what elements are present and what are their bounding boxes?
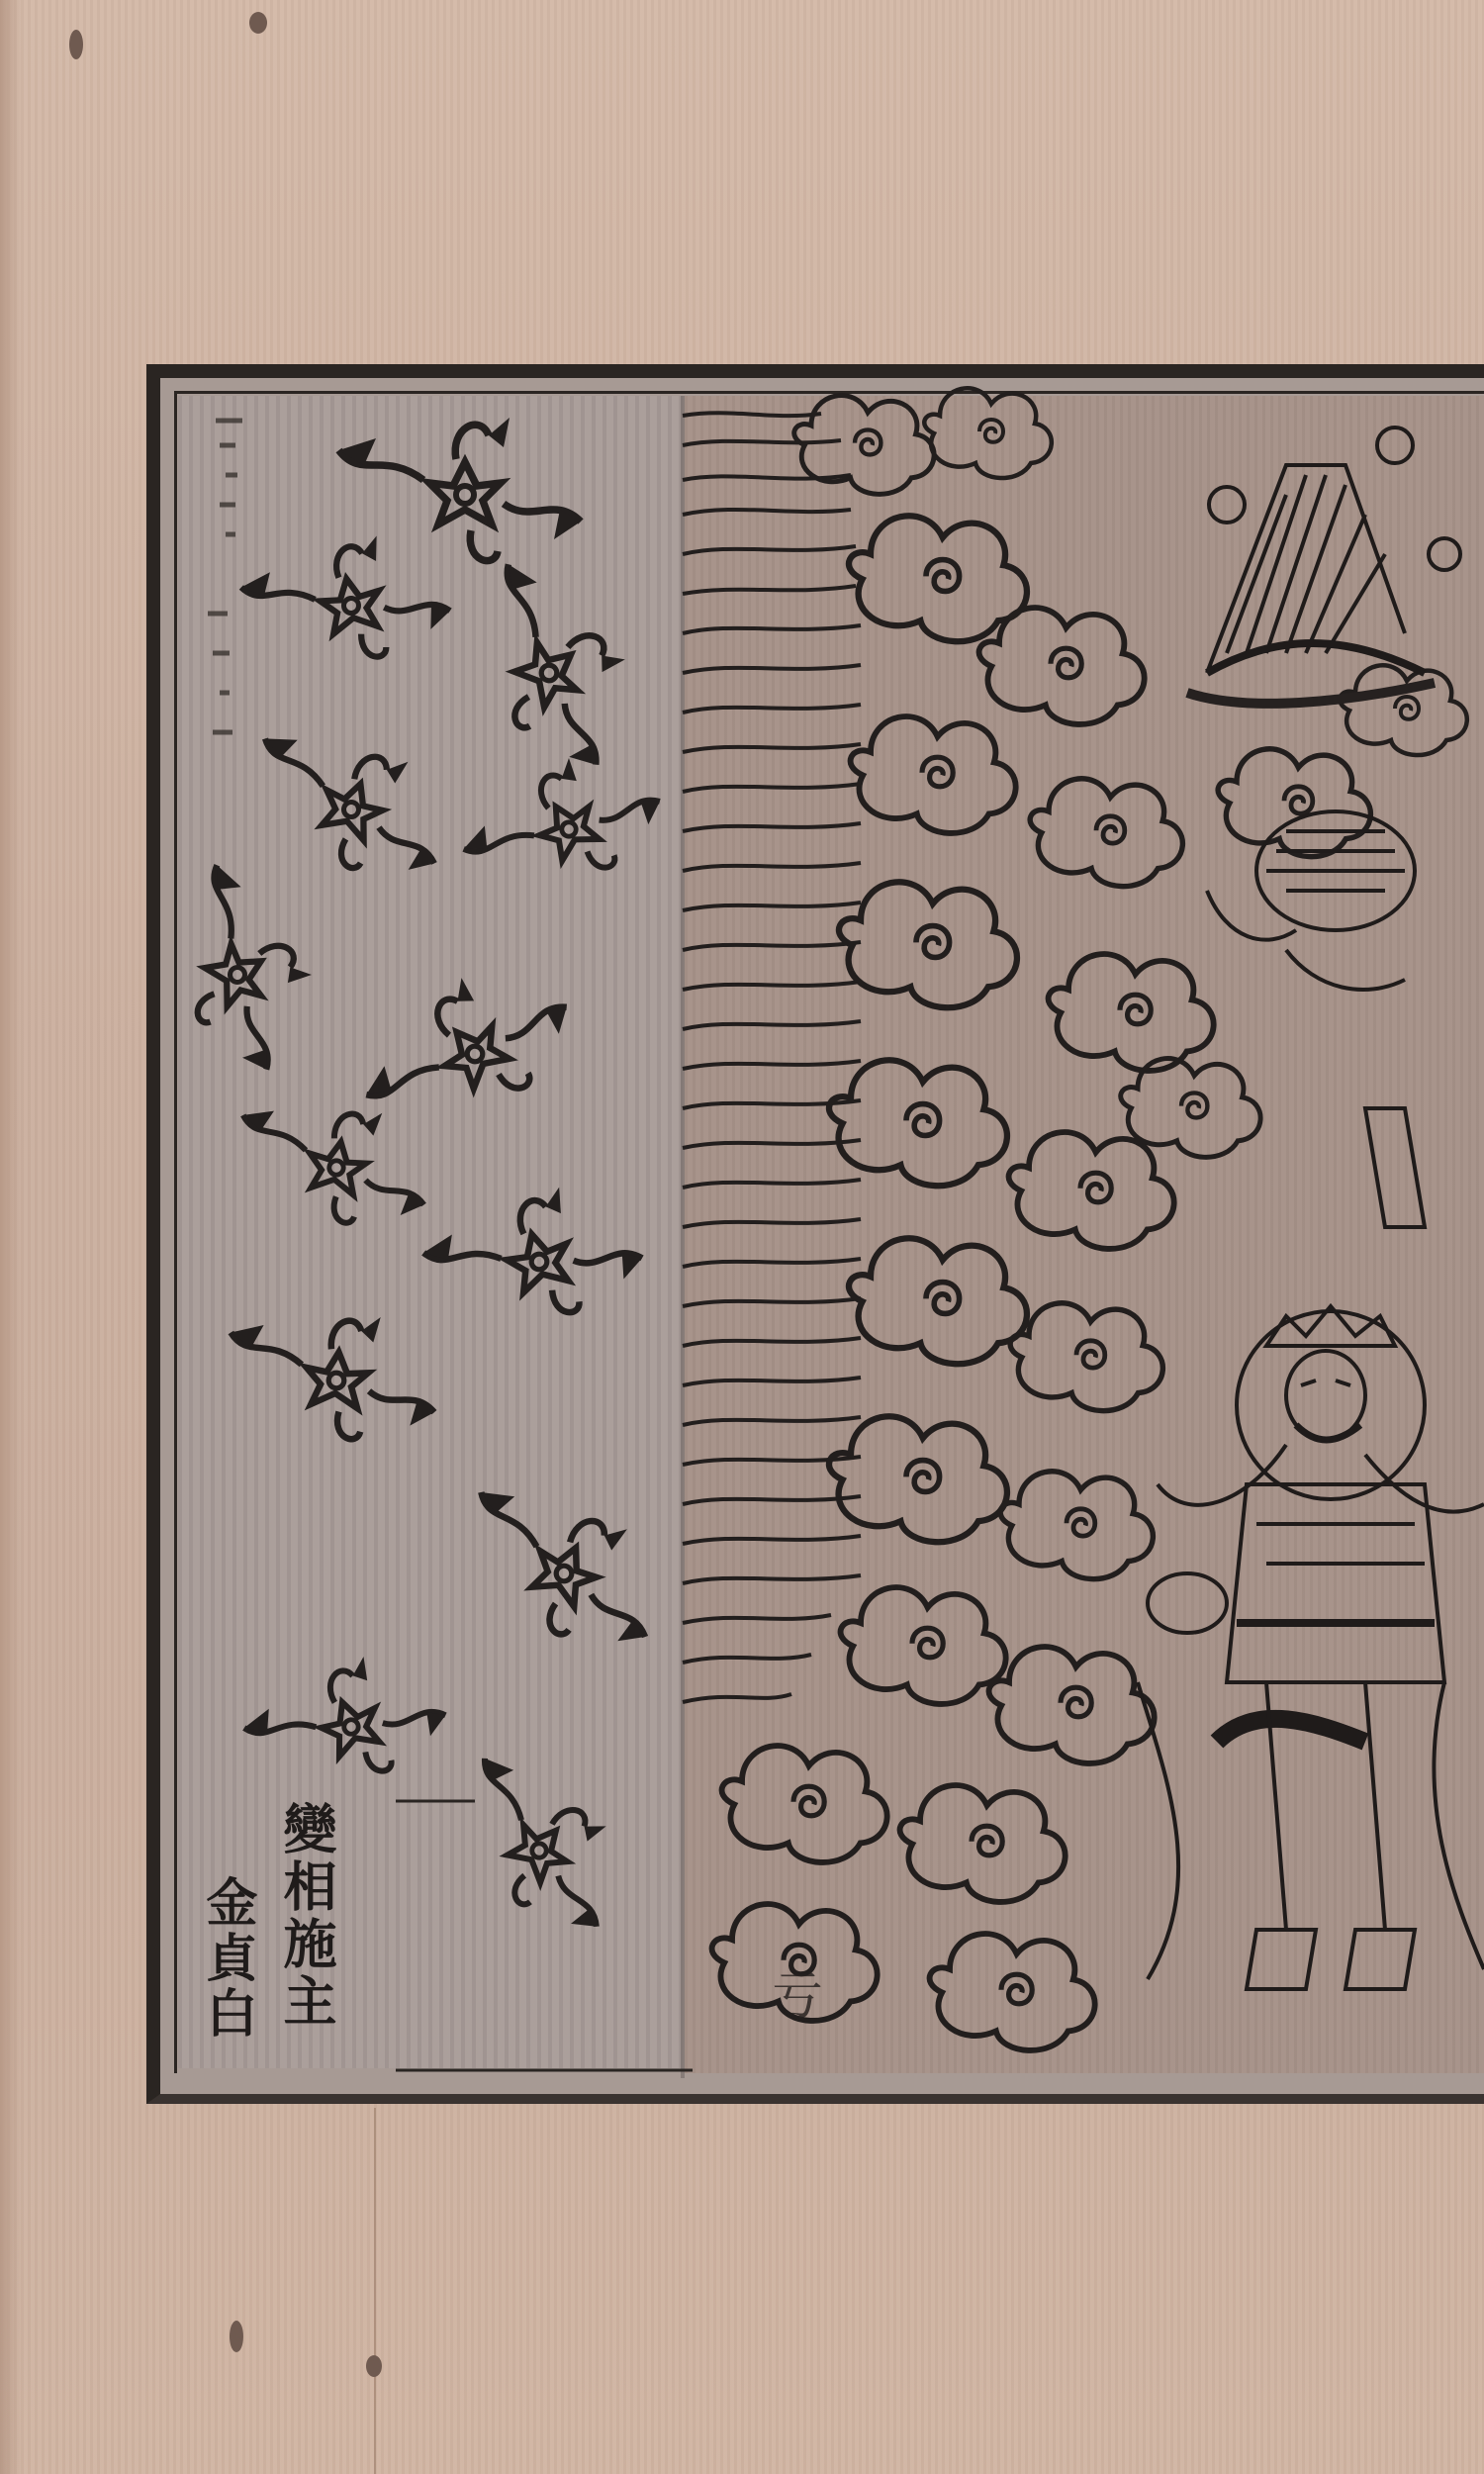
- cloud-carved-character: 亏: [772, 1954, 823, 2029]
- upper-deity-figure: [1207, 811, 1425, 1227]
- cloud-swirls: [712, 388, 1467, 2050]
- woodblock-artwork: [0, 0, 1484, 2474]
- wave-lines: [683, 413, 861, 1702]
- donor-name: 金貞白: [198, 1875, 255, 2042]
- guardian-deity-figure: [1138, 1306, 1484, 1989]
- phoenix-figure: [1187, 428, 1460, 704]
- donor-inscription: 變相施主: [277, 1801, 336, 2031]
- floral-ornaments: [138, 418, 684, 1951]
